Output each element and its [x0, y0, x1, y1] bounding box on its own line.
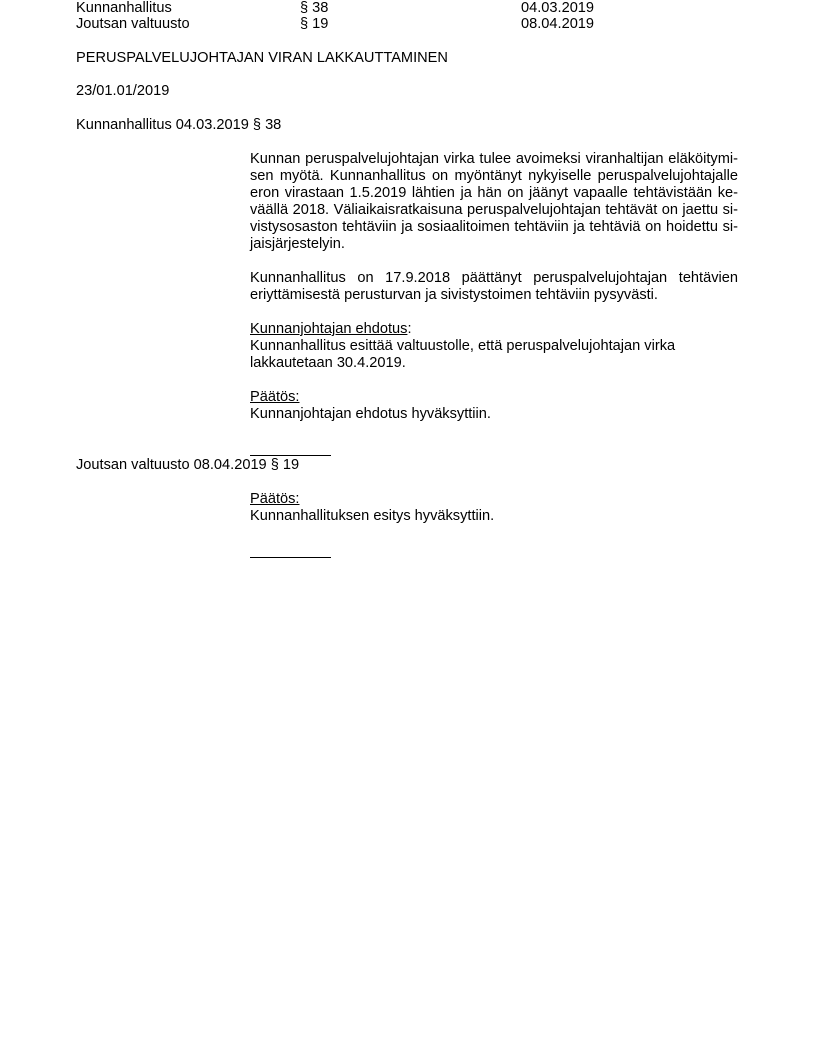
- handling-date: 08.04.2019: [521, 16, 594, 33]
- proposal-text: Kunnanhallitus esittää valtuustolle, ett…: [250, 338, 738, 355]
- board-decision: Päätös: Kunnanjohtajan ehdotus hyväksytt…: [250, 389, 738, 423]
- council-decision: Päätös: Kunnanhallituksen esitys hyväksy…: [250, 491, 738, 525]
- decision-text: Kunnanhallituksen esitys hyväksyttiin.: [250, 508, 738, 525]
- separator-line: [250, 557, 331, 558]
- decision-label: Päätös:: [250, 491, 738, 508]
- handling-body: Kunnanhallitus: [76, 0, 172, 17]
- council-meeting-heading: Joutsan valtuusto 08.04.2019 § 19: [76, 457, 299, 474]
- decision-text: Kunnanjohtajan ehdotus hyväksyttiin.: [250, 406, 738, 423]
- decision-label: Päätös:: [250, 389, 738, 406]
- document-title: PERUSPALVELUJOHTAJAN VIRAN LAKKAUTTAMINE…: [76, 50, 448, 67]
- handling-section: § 38: [300, 0, 328, 17]
- board-meeting-heading: Kunnanhallitus 04.03.2019 § 38: [76, 117, 281, 134]
- proposal-text: lakkautetaan 30.4.2019.: [250, 355, 738, 372]
- handling-date: 04.03.2019: [521, 0, 594, 17]
- reference-number: 23/01.01/2019: [76, 83, 169, 100]
- handling-section: § 19: [300, 16, 328, 33]
- proposal-label: Kunnanjohtajan ehdotus: [250, 321, 407, 337]
- handling-body: Joutsan valtuusto: [76, 16, 190, 33]
- separator-line: [250, 455, 331, 456]
- background-paragraph: Kunnan peruspalvelujohtajan virka tulee …: [250, 151, 738, 253]
- decision-history-paragraph: Kunnanhallitus on 17.9.2018 päättänyt pe…: [250, 270, 738, 304]
- proposal-section: Kunnanjohtajan ehdotus: Kunnanhallitus e…: [250, 321, 738, 372]
